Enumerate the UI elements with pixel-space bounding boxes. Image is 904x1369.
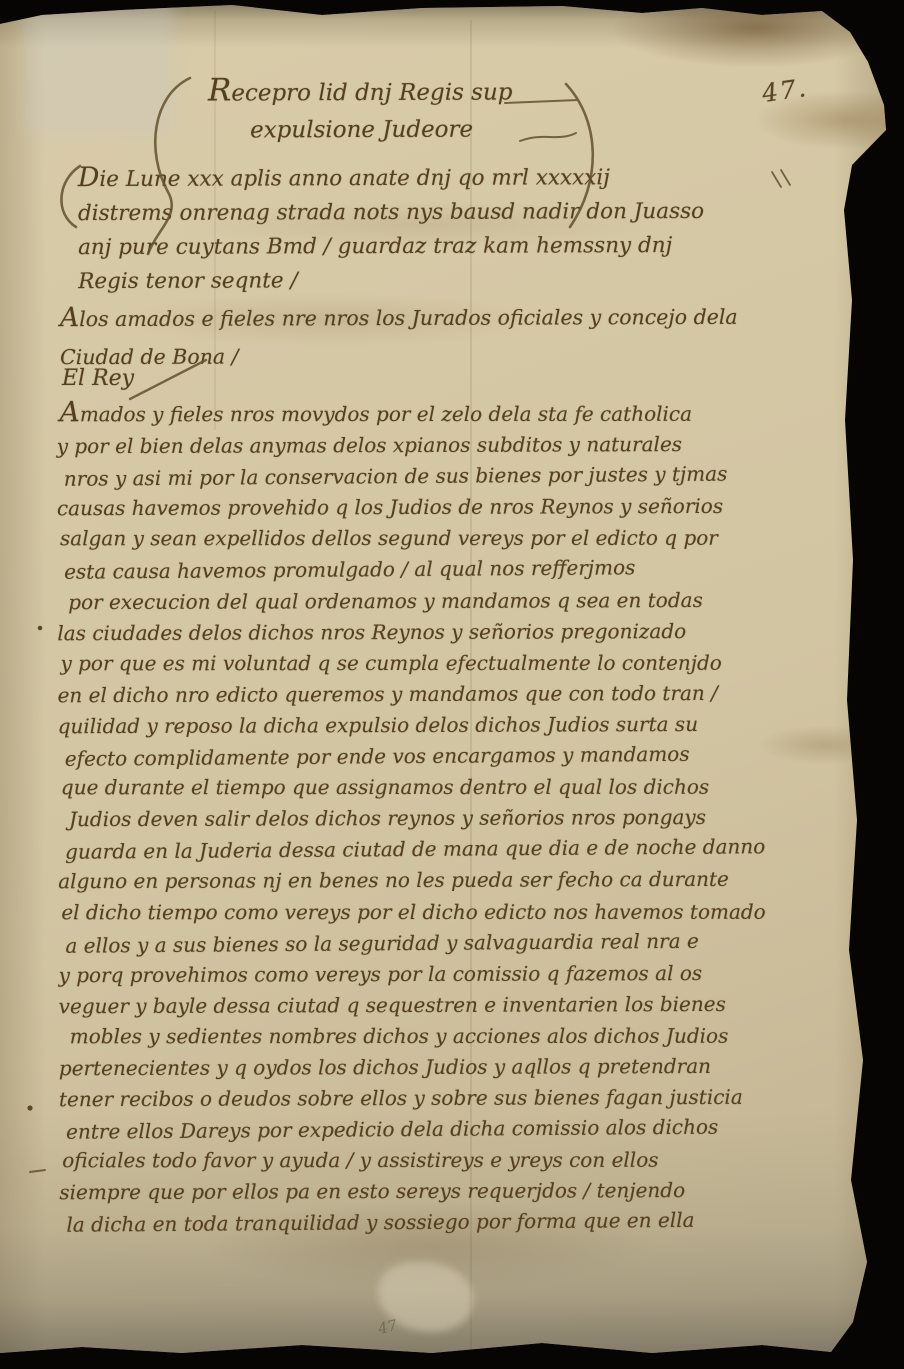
body-line: Amados y fieles nros movydos por el zelo… <box>60 396 764 431</box>
address-line: Alos amados e fieles nre nros los Jurado… <box>60 297 738 338</box>
body-line: salgan y sean expellidos dellos segund v… <box>60 523 764 555</box>
heading-line: Recepro lid dnj Regis sup <box>208 71 513 112</box>
address-line: Ciudad de Bona / <box>60 336 738 376</box>
tape-repair-patch <box>24 0 174 135</box>
body-line: esta causa havemos promulgado / al qual … <box>64 552 765 589</box>
heading-line: expulsione Judeore <box>208 111 513 149</box>
folio-number-top: 47. <box>760 73 809 108</box>
body-line: tener recibos o deudos sobre ellos y sob… <box>59 1082 766 1116</box>
body-line: a ellos y a sus bienes so la seguridad y… <box>65 925 766 962</box>
body-line: Judios deven salir delos dichos reynos y… <box>69 802 765 836</box>
body-line: en el dicho nro edicto queremos y mandam… <box>58 678 765 712</box>
body-line: veguer y bayle dessa ciutad q sequestren… <box>59 989 766 1023</box>
dating-clause: Die Lune xxx aplis anno anate dnj qo mrl… <box>78 159 705 299</box>
body-line: quilidad y reposo la dicha expulsio delo… <box>58 709 765 743</box>
body-line: causas havemos provehido q los Judios de… <box>57 491 764 525</box>
body-line: y porq provehimos como vereys por la com… <box>58 957 765 991</box>
heading-trailing-stroke <box>505 100 578 103</box>
margin-ticks <box>772 170 790 187</box>
date-line: distrems onrenag strada nots nys bausd n… <box>78 195 704 231</box>
date-line: anj pure cuytans Bmd / guardaz traz kam … <box>78 229 704 265</box>
body-line: y por que es mi voluntad q se cumpla efe… <box>60 647 764 679</box>
heading-line2-tail <box>520 133 576 141</box>
address-clause: Alos amados e fieles nre nros los Jurado… <box>60 297 738 376</box>
parchment-leaf: 47. Recepro lid dnj Regis sup expulsione… <box>0 0 904 1369</box>
body-line: mobles y sedientes nombres dichos y acci… <box>70 1021 766 1053</box>
body-line: las ciudades delos dichos nros Reynos y … <box>57 615 764 649</box>
salutation-el-rey: El Rey <box>62 366 134 391</box>
body-line: el dicho tiempo como vereys por el dicho… <box>61 896 765 928</box>
body-line: que durante el tiempo que assignamos den… <box>61 772 765 804</box>
body-line: la dicha en toda tranquilidad y sossiego… <box>66 1205 767 1242</box>
body-line: efecto complidamente por ende vos encarg… <box>65 738 766 775</box>
body-line: guarda en la Juderia dessa ciutad de man… <box>65 832 766 869</box>
letter-body: Amados y fieles nros movydos por el zelo… <box>57 395 767 1240</box>
body-line: siempre que por ellos pa en esto sereys … <box>59 1175 766 1209</box>
folio-number-bottom-pencil: 47 <box>376 1316 399 1338</box>
body-line: por execucion del qual ordenamos y manda… <box>68 584 764 618</box>
date-line: Die Lune xxx aplis anno anate dnj qo mrl… <box>78 159 704 197</box>
body-line: nros y asi mi por la conservacion de sus… <box>64 458 765 495</box>
scanned-manuscript-page: 47. Recepro lid dnj Regis sup expulsione… <box>0 0 904 1369</box>
margin-dash <box>30 1170 45 1172</box>
body-line: oficiales todo favor y ayuda / y assisti… <box>62 1145 766 1177</box>
margin-dots <box>27 626 42 1111</box>
body-line: alguno en personas nj en benes no les pu… <box>58 864 765 898</box>
body-line: pertenecientes y q oydos los dichos Judi… <box>59 1051 766 1085</box>
body-line: entre ellos Dareys por expedicio dela di… <box>66 1111 767 1148</box>
heading-rubric: Recepro lid dnj Regis sup expulsione Jud… <box>208 71 513 149</box>
body-line: y por el bien delas anymas delos xpianos… <box>57 429 764 463</box>
date-line: Regis tenor seqnte / <box>78 263 704 299</box>
